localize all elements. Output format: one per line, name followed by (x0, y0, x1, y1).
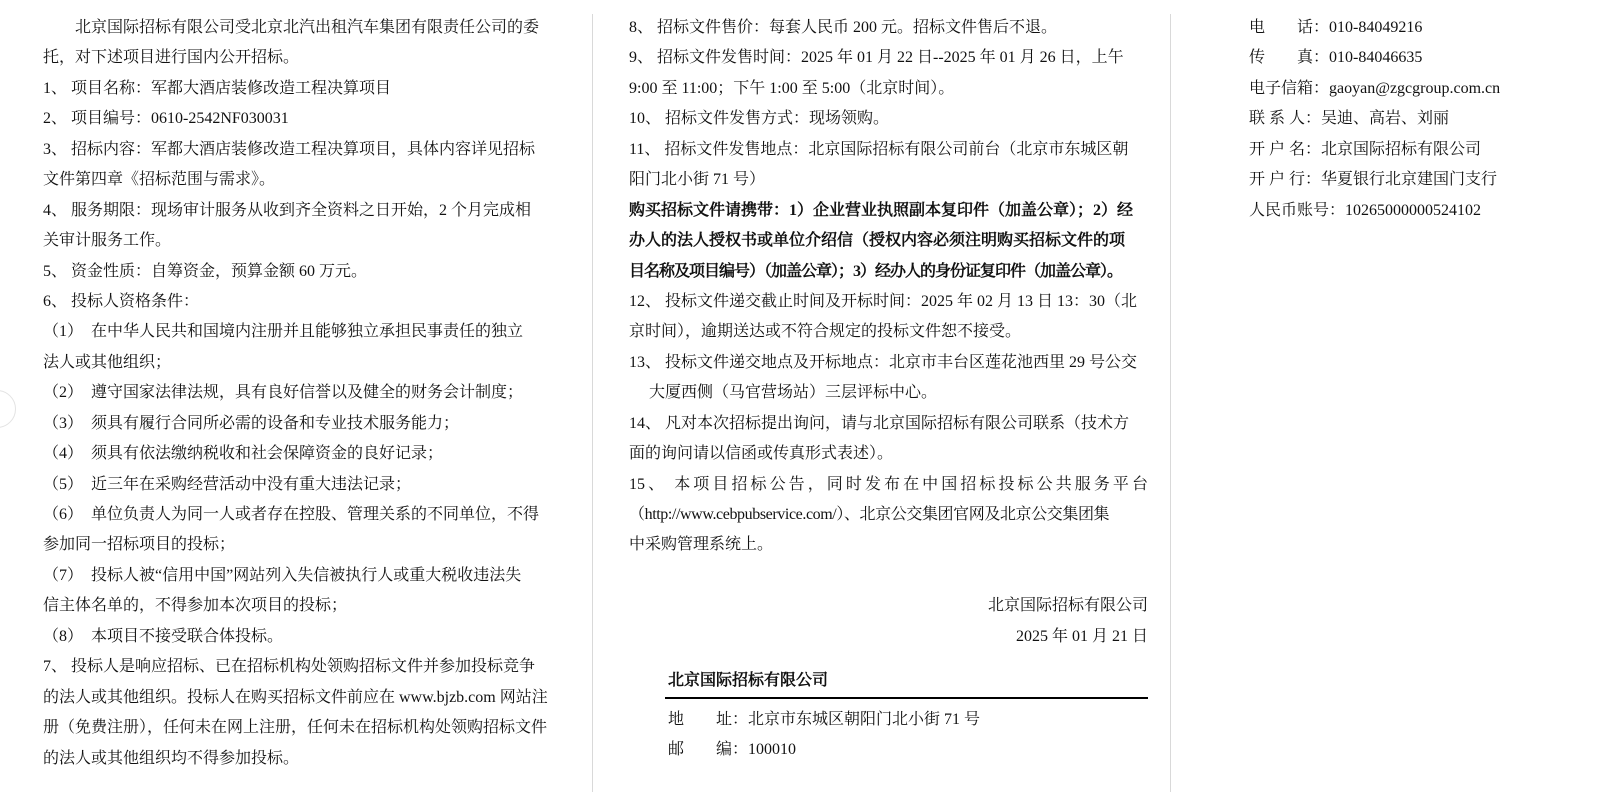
rmb-account-line: 人民币账号：10265000000524102 (1249, 196, 1589, 226)
letterhead-company-name: 北京国际招标有限公司 (665, 666, 1148, 698)
page-divider (592, 14, 593, 792)
text-line (629, 561, 1148, 591)
text-line: 14、 凡对本次招标提出询问，请与北京国际招标有限公司联系（技术方 (629, 409, 1148, 439)
text-line: 参加同一招标项目的投标； (43, 530, 558, 560)
account-name-line: 开 户 名：北京国际招标有限公司 (1249, 135, 1589, 165)
text-line: 托，对下述项目进行国内公开招标。 (43, 43, 558, 73)
text-line: 15、 本项目招标公告，同时发布在中国招标投标公共服务平台 (629, 470, 1148, 500)
text-line: 购买招标文件请携带：1）企业营业执照副本复印件（加盖公章）；2）经 (629, 196, 1148, 226)
text-line: 5、 资金性质：自筹资金，预算金额 60 万元。 (43, 257, 558, 287)
contact-person-line: 联 系 人：吴迪、高岩、刘丽 (1249, 104, 1589, 134)
text-line: （2） 遵守国家法律法规，具有良好信誉以及健全的财务会计制度； (43, 378, 558, 408)
text-line: 9:00 至 11:00；下午 1:00 至 5:00（北京时间）。 (629, 74, 1148, 104)
text-line: （4） 须具有依法缴纳税收和社会保障资金的良好记录； (43, 439, 558, 469)
page-column-3: 电 话：010-84049216传 真：010-84046635电子信箱：gao… (1249, 13, 1589, 226)
text-line: 办人的法人授权书或单位介绍信（授权内容必须注明购买招标文件的项 (629, 226, 1148, 256)
text-line: 面的询问请以信函或传真形式表述）。 (629, 439, 1148, 469)
text-line: 的法人或其他组织均不得参加投标。 (43, 744, 558, 774)
text-line: 1、 项目名称：军都大酒店装修改造工程决算项目 (43, 74, 558, 104)
page-column-2: 8、 招标文件售价：每套人民币 200 元。招标文件售后不退。9、 招标文件发售… (629, 13, 1148, 766)
text-line: （1） 在中华人民共和国境内注册并且能够独立承担民事责任的独立 (43, 317, 558, 347)
text-line: （7） 投标人被“信用中国”网站列入失信被执行人或重大税收违法失 (43, 561, 558, 591)
text-line: 9、 招标文件发售时间：2025 年 01 月 22 日--2025 年 01 … (629, 43, 1148, 73)
fax-line: 传 真：010-84046635 (1249, 43, 1589, 73)
signature-date: 2025 年 01 月 21 日 (629, 622, 1148, 652)
postcode-line: 邮 编：100010 (629, 735, 1148, 765)
text-line: （http://www.cebpubservice.com/）、北京公交集团官网… (629, 500, 1148, 530)
signature-company-name: 北京国际招标有限公司 (629, 591, 1148, 621)
text-line: 北京国际招标有限公司受北京北汽出租汽车集团有限责任公司的委 (43, 13, 558, 43)
text-line: （6） 单位负责人为同一人或者存在控股、管理关系的不同单位，不得 (43, 500, 558, 530)
email-line: 电子信箱：gaoyan@zgcgroup.com.cn (1249, 74, 1589, 104)
text-line: 法人或其他组织； (43, 348, 558, 378)
page-column-1: 北京国际招标有限公司受北京北汽出租汽车集团有限责任公司的委托，对下述项目进行国内… (43, 13, 558, 774)
text-line: 阳门北小街 71 号） (629, 165, 1148, 195)
text-line: 10、 招标文件发售方式：现场领购。 (629, 104, 1148, 134)
text-line: 的法人或其他组织。投标人在购买招标文件前应在 www.bjzb.com 网站注 (43, 683, 558, 713)
text-line: 大厦西侧（马官营场站）三层评标中心。 (629, 378, 1148, 408)
text-line: 12、 投标文件递交截止时间及开标时间：2025 年 02 月 13 日 13：… (629, 287, 1148, 317)
page-divider (1170, 14, 1171, 792)
text-line: 8、 招标文件售价：每套人民币 200 元。招标文件售后不退。 (629, 13, 1148, 43)
text-line: 3、 招标内容：军都大酒店装修改造工程决算项目，具体内容详见招标 (43, 135, 558, 165)
text-line: 7、 投标人是响应招标、已在招标机构处领购招标文件并参加投标竞争 (43, 652, 558, 682)
text-line: 信主体名单的，不得参加本次项目的投标； (43, 591, 558, 621)
text-line: 目名称及项目编号）（加盖公章）；3）经办人的身份证复印件（加盖公章）。 (629, 257, 1148, 287)
text-line: 13、 投标文件递交地点及开标地点：北京市丰台区莲花池西里 29 号公交 (629, 348, 1148, 378)
text-line: 册（免费注册），任何未在网上注册，任何未在招标机构处领购招标文件 (43, 713, 558, 743)
text-line: 11、 招标文件发售地点：北京国际招标有限公司前台（北京市东城区朝 (629, 135, 1148, 165)
text-line: （3） 须具有履行合同所必需的设备和专业技术服务能力； (43, 409, 558, 439)
edge-nav-button[interactable] (0, 390, 16, 428)
text-line: （5） 近三年在采购经营活动中没有重大违法记录； (43, 470, 558, 500)
text-line: 文件第四章《招标范围与需求》。 (43, 165, 558, 195)
text-line: 2、 项目编号：0610-2542NF030031 (43, 104, 558, 134)
text-line: 关审计服务工作。 (43, 226, 558, 256)
phone-line: 电 话：010-84049216 (1249, 13, 1589, 43)
address-line: 地 址：北京市东城区朝阳门北小街 71 号 (629, 705, 1148, 735)
text-line: （8） 本项目不接受联合体投标。 (43, 622, 558, 652)
text-line: 6、 投标人资格条件： (43, 287, 558, 317)
text-line: 中采购管理系统上。 (629, 530, 1148, 560)
document-viewer: 北京国际招标有限公司受北京北汽出租汽车集团有限责任公司的委托，对下述项目进行国内… (0, 0, 1615, 806)
text-line: 4、 服务期限：现场审计服务从收到齐全资料之日开始，2 个月完成相 (43, 196, 558, 226)
text-line: 京时间），逾期送达或不符合规定的投标文件恕不接受。 (629, 317, 1148, 347)
bank-line: 开 户 行：华夏银行北京建国门支行 (1249, 165, 1589, 195)
